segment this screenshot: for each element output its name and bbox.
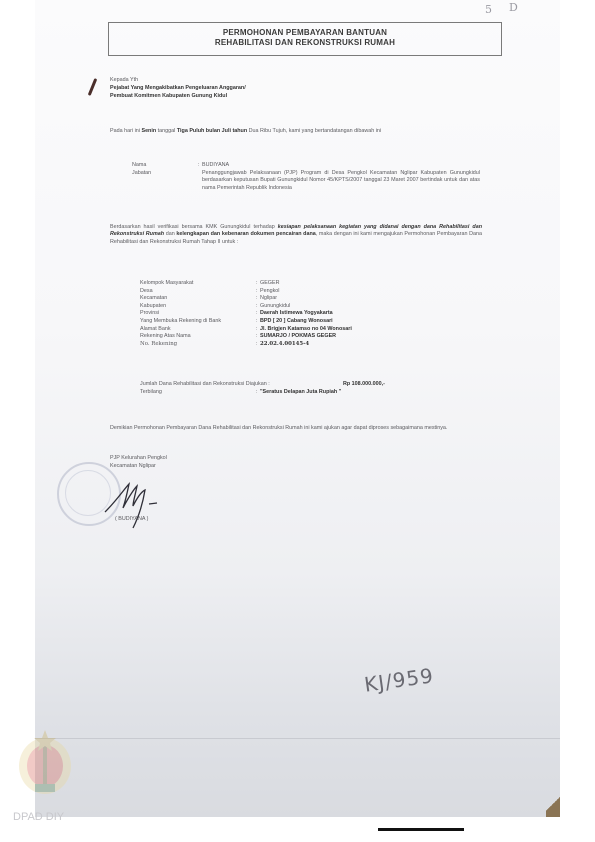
detail-row: Kelompok Masyarakat:GEGER (140, 280, 470, 288)
amount-words-label: Terbilang (140, 389, 162, 397)
amount-words-value: "Seratus Delapan Juta Rupiah " (260, 389, 341, 397)
amount-block: Jumlah Dana Rehabilitasi dan Rekonstruks… (140, 381, 480, 399)
amount-value: Rp 108.000.000,- (343, 381, 385, 389)
scanned-page: 5 D PERMOHONAN PEMBAYARAN BANTUAN REHABI… (35, 0, 560, 817)
details-list: Kelompok Masyarakat:GEGER Desa:Pengkol K… (140, 280, 470, 352)
addressee-salutation: Kepada Yth (110, 77, 138, 84)
opening-paragraph: Pada hari ini Senin tanggal Tiga Puluh b… (110, 128, 482, 135)
signature-title-line-2: Kecamatan Nglipar (110, 463, 156, 470)
addressee-line-1: Pejabat Yang Mengakibatkan Pengeluaran A… (110, 85, 246, 92)
detail-row: Yang Membuka Rekening di Bank:BPD [ 20 ]… (140, 318, 470, 326)
closing-paragraph: Demikian Permohonan Pembayaran Dana Reha… (110, 425, 482, 432)
detail-row: Desa:Pengkol (140, 288, 470, 296)
position-label: Jabatan (132, 170, 151, 178)
detail-row: Kabupaten:Gunungkidul (140, 303, 470, 311)
detail-row: Alamat Bank:Jl. Brigjen Katamso no 04 Wo… (140, 326, 470, 334)
page-letter-mark: D (509, 1, 518, 14)
detail-row: Rekening Atas Nama:SUMARJO / POKMAS GEGE… (140, 333, 470, 341)
detail-row: No. Rekening:22.02.4.00145-4 (140, 341, 470, 349)
signature-title-line-1: PJP Kelurahan Pengkol (110, 455, 167, 462)
signed-name: ( BUDIYANA ) (115, 516, 148, 523)
page-corner (546, 791, 560, 817)
detail-row: Kecamatan:Nglipar (140, 295, 470, 303)
page-number-mark: 5 (485, 3, 492, 16)
title-line-2: REHABILITASI DAN REKONSTRUKSI RUMAH (109, 38, 501, 48)
watermark-label: DPAD DIY (13, 811, 64, 823)
page-footer-bar (378, 828, 464, 831)
detail-row: Provinsi:Daerah Istimewa Yogyakarta (140, 310, 470, 318)
name-value: BUDIYANA (202, 162, 229, 170)
position-value: Penanggungjawab Pelaksanaan (PJP) Progra… (202, 170, 480, 193)
basis-paragraph: Berdasarkan hasil verifikasi bersama KMK… (110, 224, 482, 246)
document-title-box: PERMOHONAN PEMBAYARAN BANTUAN REHABILITA… (108, 22, 502, 56)
name-label: Nama (132, 162, 146, 170)
title-line-1: PERMOHONAN PEMBAYARAN BANTUAN (109, 28, 501, 38)
amount-label: Jumlah Dana Rehabilitasi dan Rekonstruks… (140, 381, 270, 389)
dpad-emblem-icon (13, 728, 77, 798)
addressee-line-2: Pembuat Komitmen Kabupaten Gunung Kidul (110, 93, 227, 100)
handwritten-tick-mark (88, 78, 98, 96)
signer-identity: Nama : BUDIYANA Jabatan Penanggungjawab … (132, 162, 482, 222)
paper-fold-line (35, 738, 560, 739)
handwritten-archive-note: KJ/959 (363, 663, 436, 696)
